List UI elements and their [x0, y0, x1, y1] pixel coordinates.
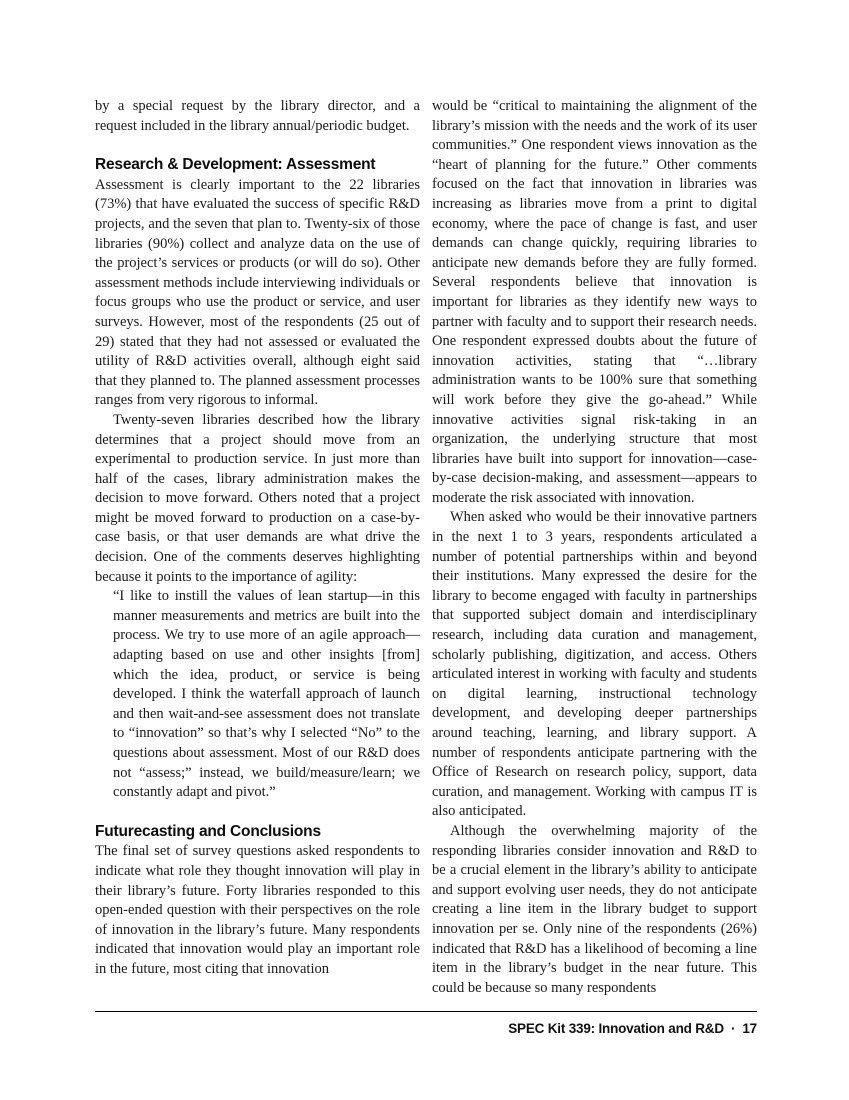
paragraph: Although the overwhelming majority of th… — [432, 822, 757, 998]
column-right: would be “critical to maintaining the al… — [432, 97, 757, 998]
paragraph: by a special request by the library dire… — [95, 97, 420, 136]
column-left: by a special request by the library dire… — [95, 97, 420, 998]
paragraph: Assessment is clearly important to the 2… — [95, 176, 420, 411]
block-quote: “I like to instill the values of lean st… — [113, 587, 420, 803]
two-column-text-block: by a special request by the library dire… — [95, 97, 757, 998]
document-page: by a special request by the library dire… — [0, 0, 849, 1100]
paragraph: When asked who would be their innovative… — [432, 508, 757, 822]
section-heading: Futurecasting and Conclusions — [95, 822, 420, 842]
section-heading: Research & Development: Assessment — [95, 155, 420, 175]
page-footer: SPEC Kit 339: Innovation and R&D · 17 — [95, 1011, 757, 1036]
footer-running-title-and-page-number: SPEC Kit 339: Innovation and R&D · 17 — [95, 1012, 757, 1036]
paragraph: Twenty-seven libraries described how the… — [95, 411, 420, 587]
paragraph: The final set of survey questions asked … — [95, 842, 420, 979]
paragraph: would be “critical to maintaining the al… — [432, 97, 757, 508]
